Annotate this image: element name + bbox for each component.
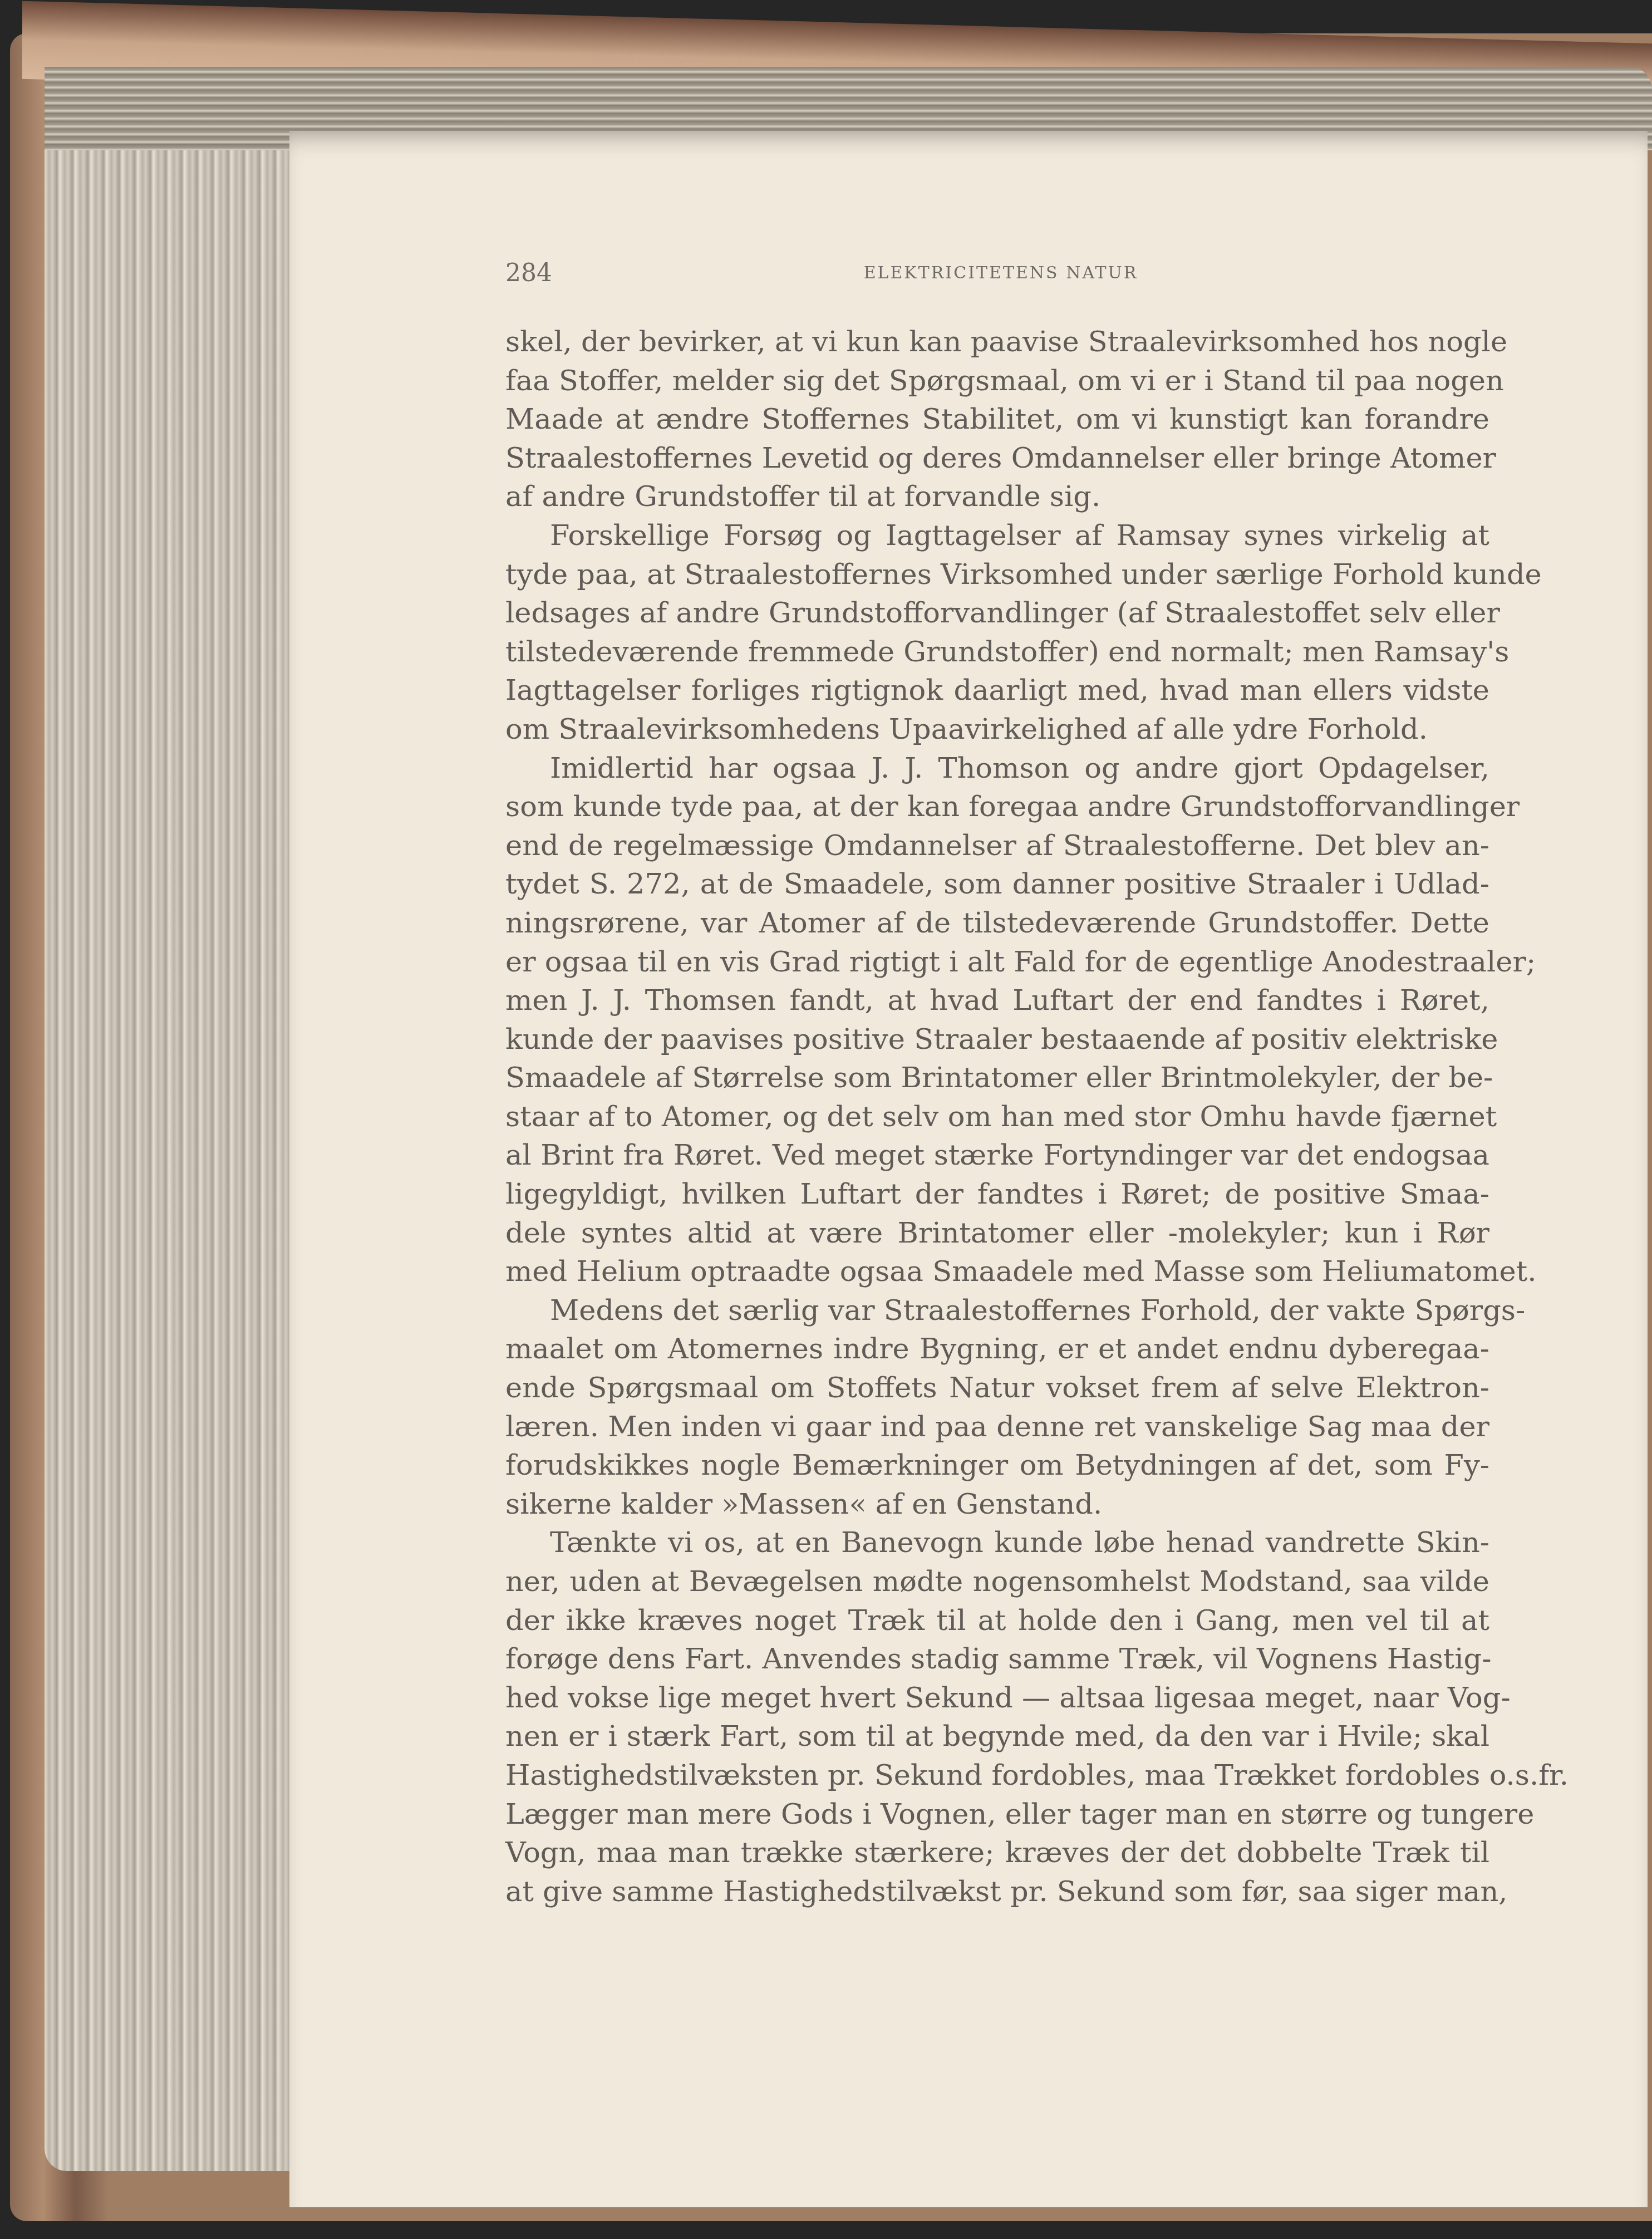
paragraph: Tænkte vi os, at en Banevogn kunde løbe … [505,1524,1489,1911]
text-line: tydet S. 272, at de Smaadele, som danner… [505,865,1489,904]
text-line: faa Stoffer, melder sig det Spørgsmaal, … [505,362,1489,401]
text-line: som kunde tyde paa, at der kan foregaa a… [505,788,1489,827]
text-line: ligegyldigt, hvilken Luftart der fandtes… [505,1175,1489,1214]
running-head: 284 ELEKTRICITETENS NATUR [505,259,1496,292]
paragraph: skel, der bevirker, at vi kun kan paavis… [505,323,1489,517]
text-line: med Helium optraadte ogsaa Smaadele med … [505,1253,1489,1292]
text-line: Lægger man mere Gods i Vognen, eller tag… [505,1795,1489,1834]
text-line: ner, uden at Bevægelsen mødte nogensomhe… [505,1563,1489,1602]
text-line: Maade at ændre Stoffernes Stabilitet, om… [505,400,1489,439]
text-line: tyde paa, at Straalestoffernes Virksomhe… [505,556,1489,595]
text-line: hed vokse lige meget hvert Sekund — alts… [505,1679,1489,1718]
text-line: dele syntes altid at være Brintatomer el… [505,1214,1489,1253]
body-text: skel, der bevirker, at vi kun kan paavis… [505,323,1489,1911]
text-line: forøge dens Fart. Anvendes stadig samme … [505,1640,1489,1679]
text-line: Tænkte vi os, at en Banevogn kunde løbe … [505,1524,1489,1563]
text-line: forudskikkes nogle Bemærkninger om Betyd… [505,1446,1489,1485]
running-title: ELEKTRICITETENS NATUR [505,263,1496,283]
text-line: skel, der bevirker, at vi kun kan paavis… [505,323,1489,362]
text-line: kunde der paavises positive Straaler bes… [505,1020,1489,1059]
text-line: Hastighedstilvæksten pr. Sekund fordoble… [505,1756,1489,1795]
text-line: sikerne kalder »Massen« af en Genstand. [505,1485,1489,1524]
text-line: men J. J. Thomsen fandt, at hvad Luftart… [505,981,1489,1020]
text-line: ledsages af andre Grundstofforvandlinger… [505,594,1489,633]
paragraph: Forskellige Forsøg og Iagttagelser af Ra… [505,517,1489,749]
text-line: nen er i stærk Fart, som til at begynde … [505,1717,1489,1756]
text-line: Forskellige Forsøg og Iagttagelser af Ra… [505,517,1489,556]
text-line: Iagttagelser forliges rigtignok daarligt… [505,671,1489,710]
text-line: af andre Grundstoffer til at forvandle s… [505,478,1489,517]
text-line: Vogn, maa man trække stærkere; kræves de… [505,1834,1489,1873]
book-page: 284 ELEKTRICITETENS NATUR skel, der bevi… [289,131,1648,2207]
text-line: Imidlertid har ogsaa J. J. Thomson og an… [505,749,1489,788]
text-line: Smaadele af Størrelse som Brintatomer el… [505,1059,1489,1098]
text-line: Medens det særlig var Straalestoffernes … [505,1292,1489,1330]
text-line: der ikke kræves noget Træk til at holde … [505,1602,1489,1641]
text-line: tilstedeværende fremmede Grundstoffer) e… [505,633,1489,672]
text-line: staar af to Atomer, og det selv om han m… [505,1098,1489,1137]
text-line: ende Spørgsmaal om Stoffets Natur vokset… [505,1369,1489,1408]
text-line: læren. Men inden vi gaar ind paa denne r… [505,1408,1489,1447]
text-line: at give samme Hastighedstilvækst pr. Sek… [505,1873,1489,1912]
text-line: al Brint fra Røret. Ved meget stærke For… [505,1136,1489,1175]
text-line: end de regelmæssige Omdannelser af Straa… [505,827,1489,866]
text-line: er ogsaa til en vis Grad rigtigt i alt F… [505,943,1489,982]
page-stack-fore-edge [45,78,301,2171]
paragraph: Medens det særlig var Straalestoffernes … [505,1292,1489,1524]
text-line: maalet om Atomernes indre Bygning, er et… [505,1330,1489,1369]
text-line: ningsrørene, var Atomer af de tilstedevæ… [505,904,1489,943]
text-line: Straalestoffernes Levetid og deres Omdan… [505,439,1489,478]
paragraph: Imidlertid har ogsaa J. J. Thomson og an… [505,749,1489,1292]
text-line: om Straalevirksomhedens Upaavirkelighed … [505,710,1489,749]
